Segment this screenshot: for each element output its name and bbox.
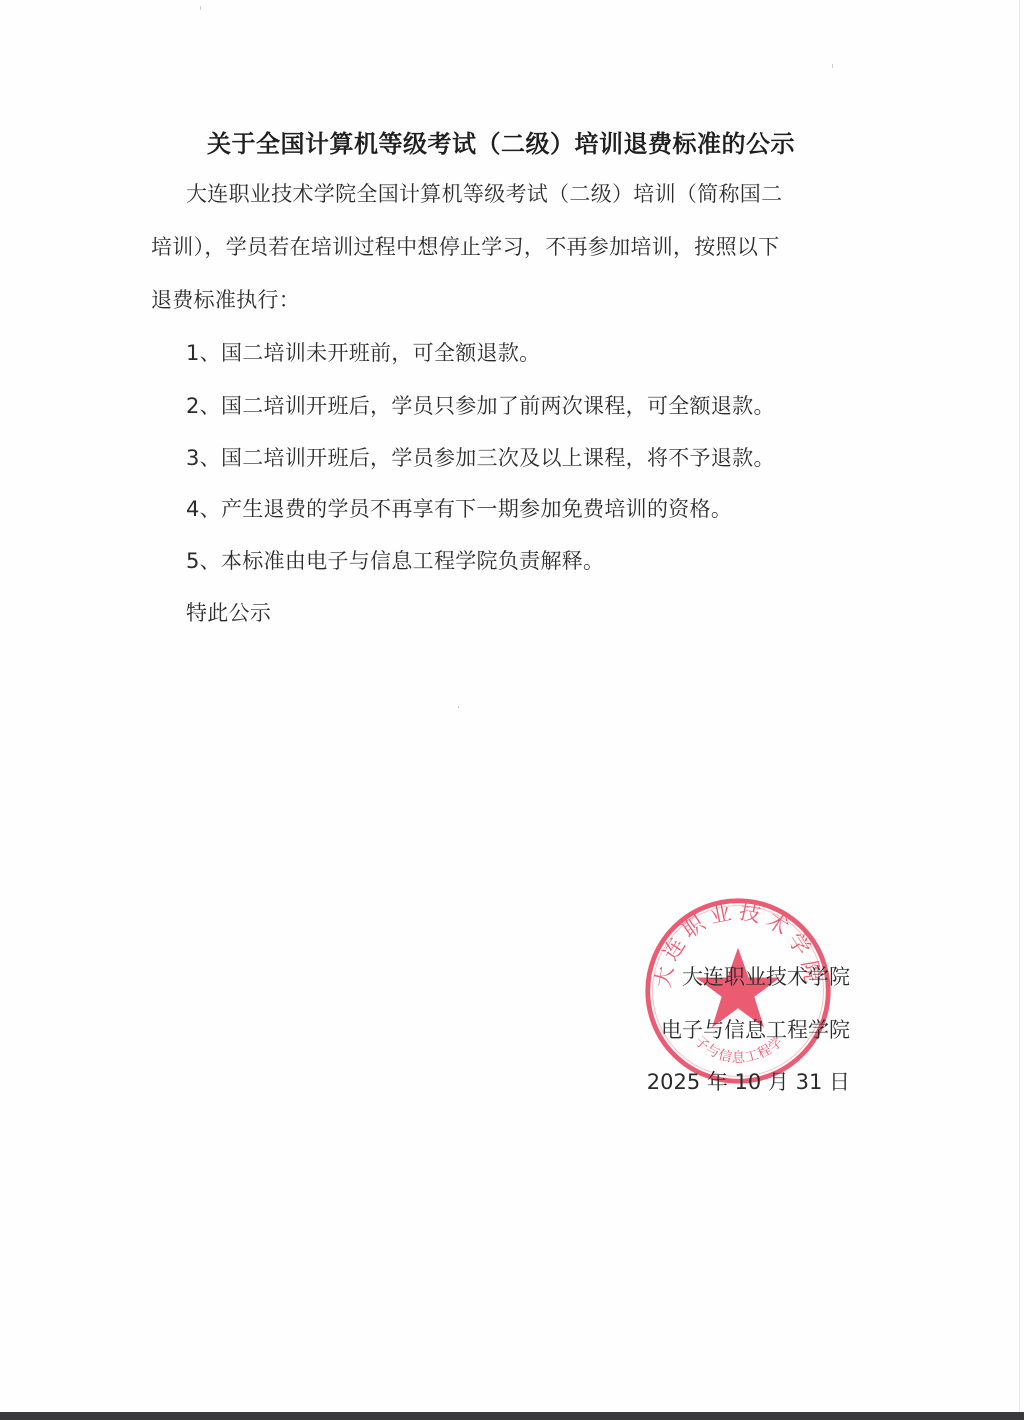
scan-speck xyxy=(200,6,201,10)
rule-item-1: 1、国二培训未开班前，可全额退款。 xyxy=(186,339,540,367)
rule-item-5: 5、本标准由电子与信息工程学院负责解释。 xyxy=(186,547,604,575)
document-title: 关于全国计算机等级考试（二级）培训退费标准的公示 xyxy=(0,124,1024,159)
official-seal-icon: 大连职业技术学院 电子与信息工程学院 xyxy=(642,895,834,1087)
intro-line-2: 培训），学员若在培训过程中想停止学习，不再参加培训，按照以下 xyxy=(151,233,780,261)
rule-item-2: 2、国二培训开班后，学员只参加了前两次课程，可全额退款。 xyxy=(186,392,775,420)
rule-item-4: 4、产生退费的学员不再享有下一期参加免费培训的资格。 xyxy=(186,495,732,523)
signature-date: 2025 年 10 月 31 日 xyxy=(647,1068,850,1096)
page-edge xyxy=(1019,0,1020,1412)
intro-line-1: 大连职业技术学院全国计算机等级考试（二级）培训（简称国二 xyxy=(186,180,782,208)
scan-speck xyxy=(832,64,833,68)
signature-org-2: 电子与信息工程学院 xyxy=(661,1016,850,1044)
rule-item-3: 3、国二培训开班后，学员参加三次及以上课程，将不予退款。 xyxy=(186,444,775,472)
scan-bottom-border xyxy=(0,1412,1024,1420)
scan-speck xyxy=(458,706,459,708)
document-page: 关于全国计算机等级考试（二级）培训退费标准的公示 大连职业技术学院全国计算机等级… xyxy=(0,0,1024,1412)
document-title-text: 关于全国计算机等级考试（二级）培训退费标准的公示 xyxy=(207,124,795,159)
closing-text: 特此公示 xyxy=(186,599,271,627)
signature-org-1: 大连职业技术学院 xyxy=(682,963,850,991)
intro-line-3: 退费标准执行： xyxy=(151,286,300,314)
